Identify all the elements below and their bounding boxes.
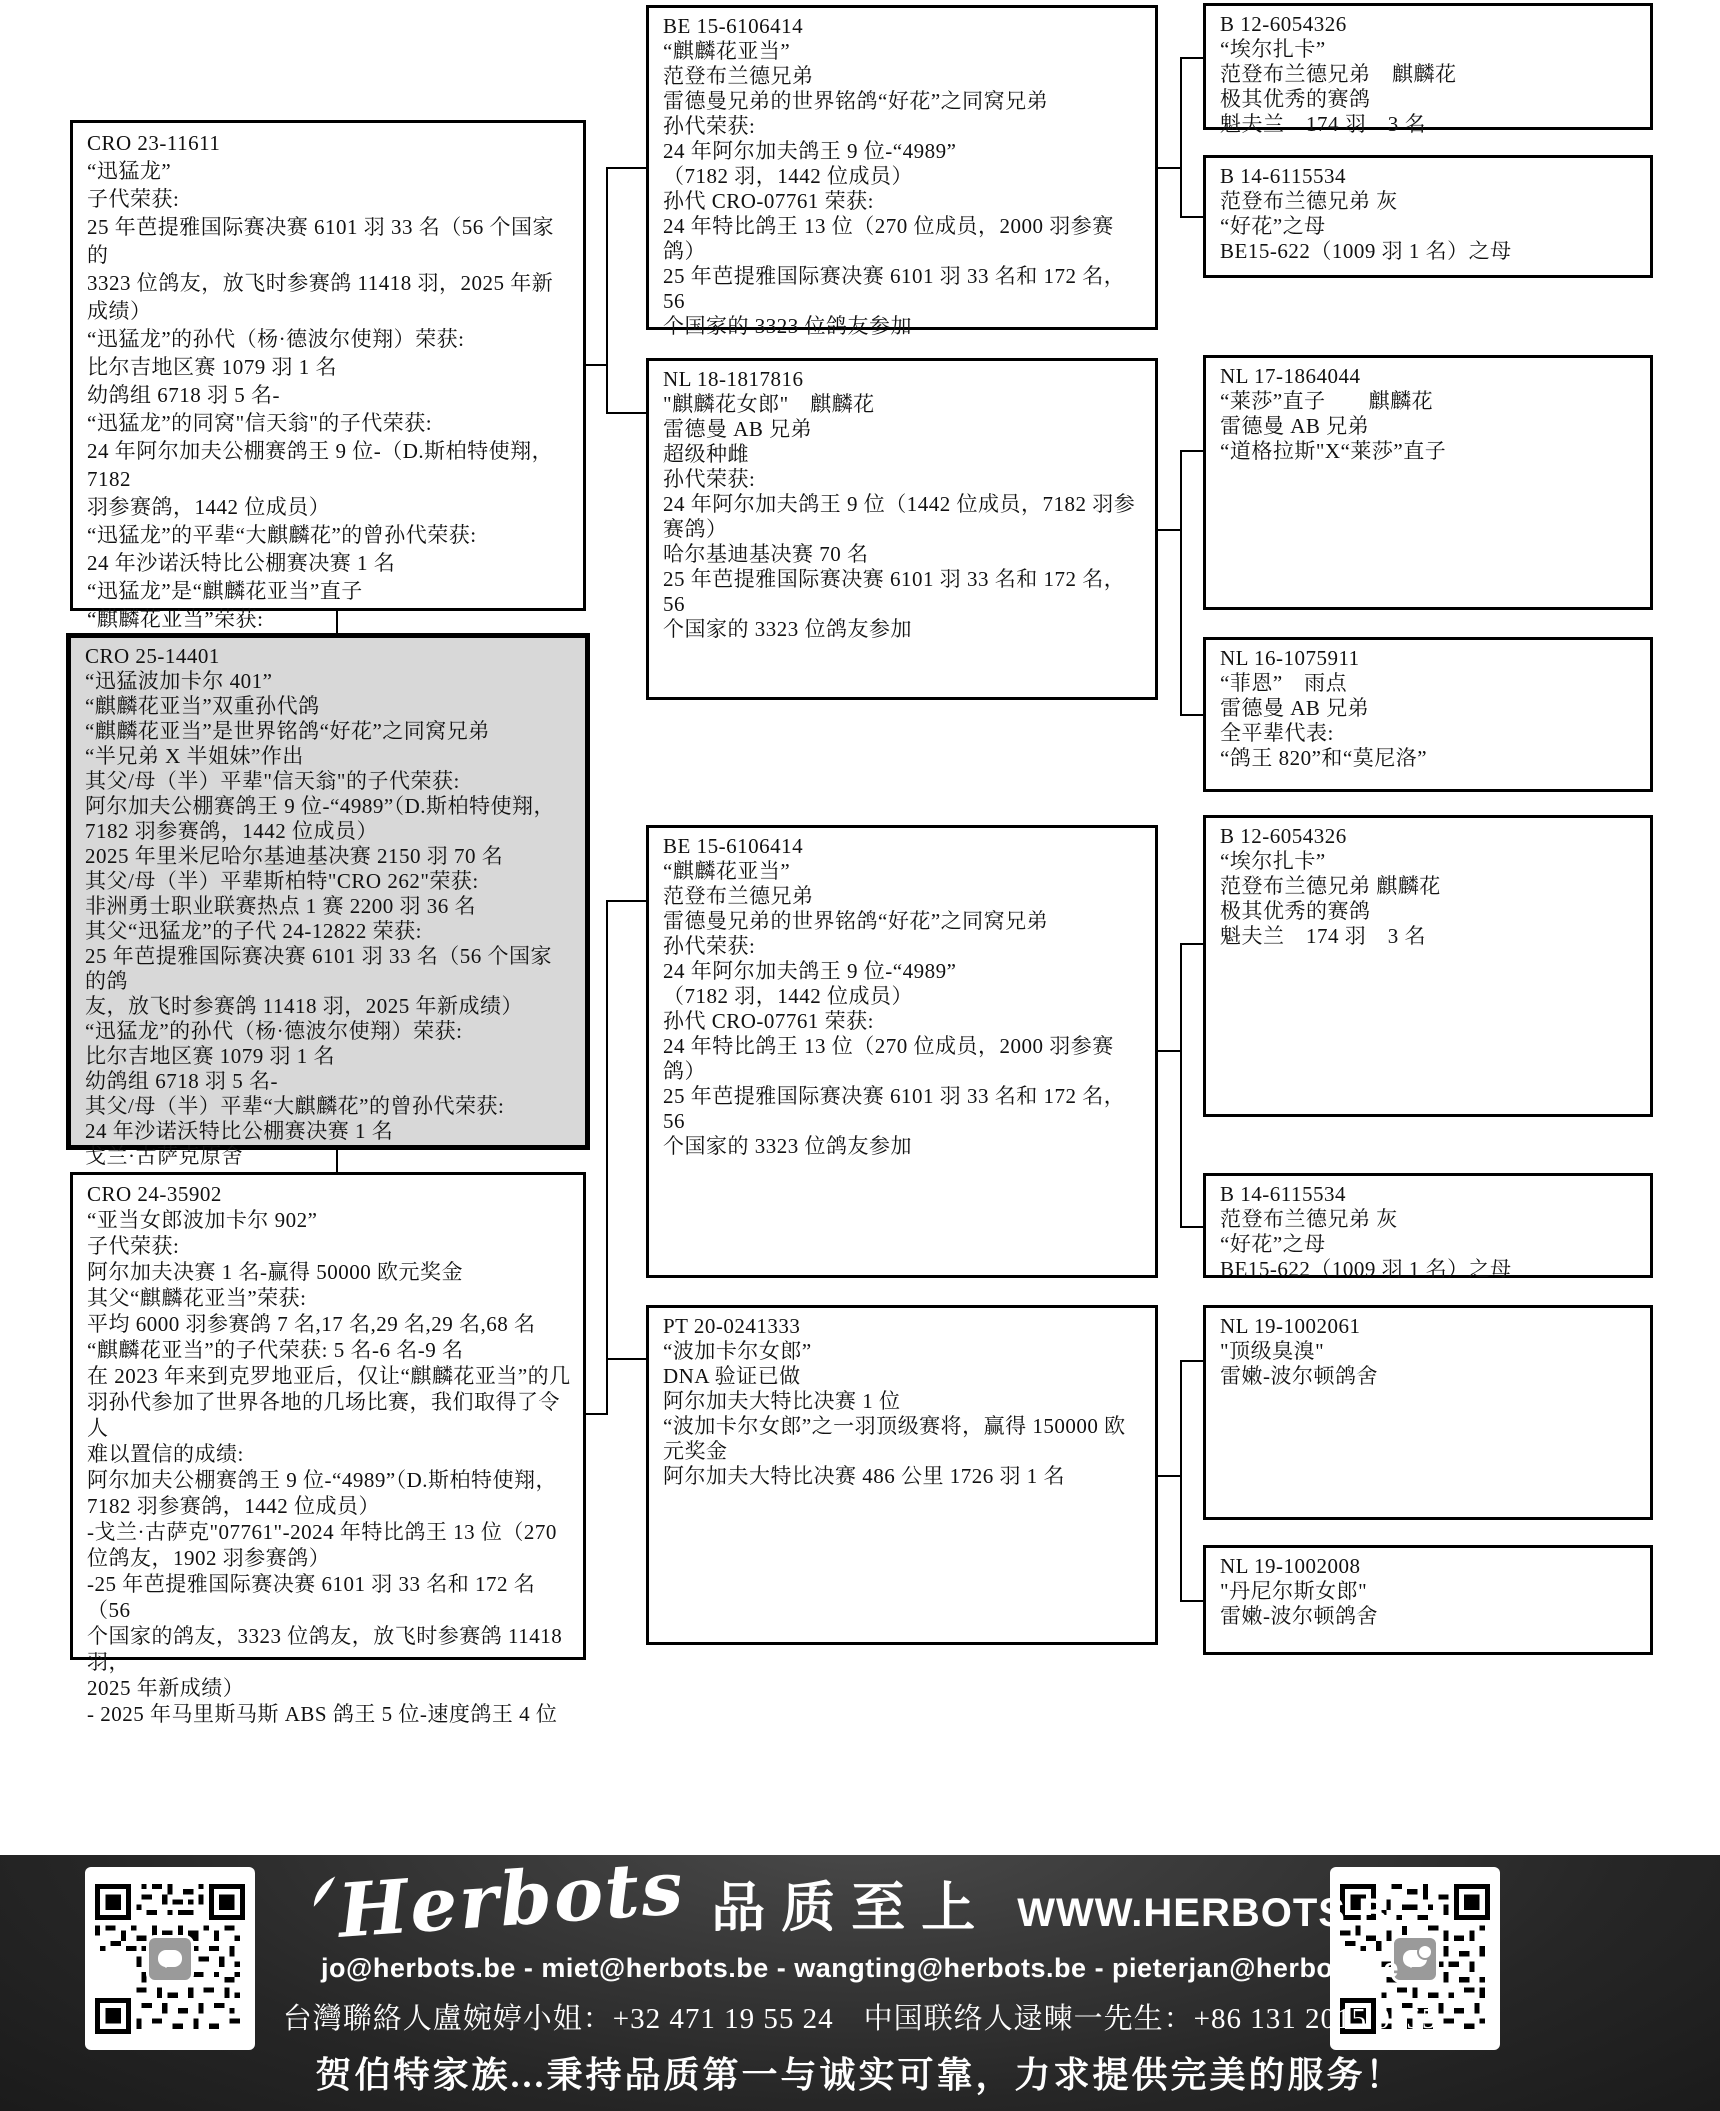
pedigree-box-dam-sire: BE 15-6106414 “麒麟花亚当” 范登布兰德兄弟 雷德曼兄弟的世界铭鸽… <box>646 825 1158 1278</box>
pedigree-box-g3: NL 17-1864044 “莱莎”直子 麒麟花 雷德曼 AB 兄弟 “道格拉斯… <box>1203 355 1653 610</box>
connector-line <box>1180 450 1203 452</box>
connector-line <box>606 900 608 1415</box>
pedigree-box-g6: B 14-6115534 范登布兰德兄弟 灰 “好花”之母 BE15-622（1… <box>1203 1173 1653 1278</box>
contact-phones: 台灣聯絡人盧婉婷小姐：+32 471 19 55 24 中国联络人逯暕一先生：+… <box>275 1996 1445 2037</box>
connector-line <box>606 1358 646 1360</box>
contact-emails: jo@herbots.be - miet@herbots.be - wangti… <box>275 1953 1445 1984</box>
brand-row: Herbots 品质至上 WWW.HERBOTS.BE <box>275 1861 1445 1947</box>
connector-line <box>1180 216 1203 218</box>
pedigree-box-sire-dam: NL 18-1817816 "麒麟花女郎" 麒麟花 雷德曼 AB 兄弟 超级种雌… <box>646 358 1158 700</box>
herbots-logo-text: Herbots <box>336 1845 688 1955</box>
pedigree-box-g4: NL 16-1075911 “菲恩” 雨点 雷德曼 AB 兄弟 全平辈代表: “… <box>1203 637 1653 792</box>
connector-line <box>1180 943 1203 945</box>
connector-line <box>1180 1360 1182 1602</box>
website-url: WWW.HERBOTS.BE <box>1017 1873 1415 1953</box>
pedigree-box-sire: CRO 23-11611 “迅猛龙” 子代荣获: 25 年芭提雅国际赛决赛 61… <box>70 120 586 611</box>
pedigree-box-g2: B 14-6115534 范登布兰德兄弟 灰 “好花”之母 BE15-622（1… <box>1203 155 1653 278</box>
connector-line <box>1180 450 1182 716</box>
connector-line <box>1180 1360 1203 1362</box>
connector-line <box>1158 529 1180 531</box>
footer-tagline: 贺伯特家族...秉持品质第一与诚实可靠，力求提供完美的服务！ <box>275 2047 1445 2098</box>
footer-content: Herbots 品质至上 WWW.HERBOTS.BE jo@herbots.b… <box>275 1861 1445 2098</box>
pedigree-box-dam: CRO 24-35902 “亚当女郎波加卡尔 902” 子代荣获: 阿尔加夫决赛… <box>70 1172 586 1660</box>
connector-line <box>336 611 338 633</box>
connector-line <box>1158 167 1180 169</box>
connector-line <box>1180 57 1203 59</box>
pedigree-box-g8: NL 19-1002008 "丹尼尔斯女郎" 雷嫩-波尔顿鸽舍 <box>1203 1545 1653 1655</box>
connector-line <box>606 167 608 414</box>
connector-line <box>1180 943 1182 1228</box>
herbots-logo: Herbots <box>302 1848 688 1954</box>
pedigree-box-g7: NL 19-1002061 "顶级臭溴" 雷嫩-波尔顿鸽舍 <box>1203 1305 1653 1520</box>
connector-line <box>586 1413 606 1415</box>
line-qr-code <box>85 1867 255 2050</box>
connector-line <box>606 900 646 902</box>
connector-line <box>606 167 646 169</box>
pedigree-page: CRO 23-11611 “迅猛龙” 子代荣获: 25 年芭提雅国际赛决赛 61… <box>0 0 1720 2111</box>
brand-slogan-cn: 品质至上 <box>711 1868 991 1948</box>
connector-line <box>1180 1600 1203 1602</box>
pedigree-box-g1: B 12-6054326 “埃尔扎卡” 范登布兰德兄弟 麒麟花 极其优秀的赛鸽 … <box>1203 3 1653 130</box>
connector-line <box>1158 1475 1180 1477</box>
pedigree-box-sire-sire: BE 15-6106414 “麒麟花亚当” 范登布兰德兄弟 雷德曼兄弟的世界铭鸽… <box>646 5 1158 330</box>
connector-line <box>336 1150 338 1172</box>
connector-line <box>1158 1050 1180 1052</box>
connector-line <box>1180 57 1182 218</box>
pedigree-box-dam-dam: PT 20-0241333 “波加卡尔女郎” DNA 验证已做 阿尔加夫大特比决… <box>646 1305 1158 1645</box>
connector-line <box>1180 714 1203 716</box>
line-app-icon <box>146 1935 194 1983</box>
connector-line <box>586 364 606 366</box>
connector-line <box>606 412 646 414</box>
connector-line <box>1180 1226 1203 1228</box>
footer-banner: Herbots 品质至上 WWW.HERBOTS.BE jo@herbots.b… <box>0 1855 1720 2111</box>
pedigree-box-subject: CRO 25-14401 “迅猛波加卡尔 401” “麒麟花亚当”双重孙代鸽 “… <box>66 633 590 1150</box>
pedigree-box-g5: B 12-6054326 “埃尔扎卡” 范登布兰德兄弟 麒麟花 极其优秀的赛鸽 … <box>1203 815 1653 1117</box>
